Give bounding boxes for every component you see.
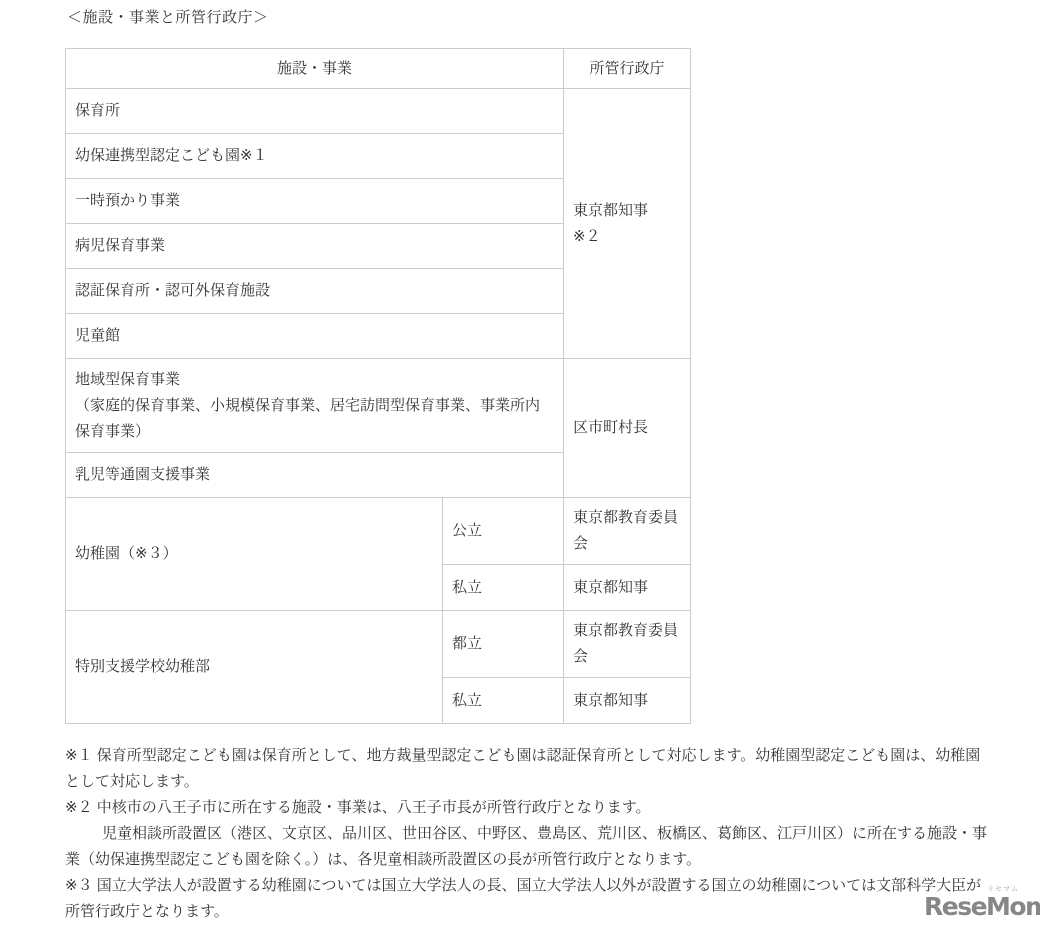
facility-cell-nyuji-tsuen: 乳児等通園支援事業 (66, 453, 564, 498)
resemom-logo: リセマム ReseMom. (924, 886, 1028, 919)
footnote-2-line: ※２ 中核市の八王子市に所在する施設・事業は、八王子市長が所管行政庁となります。 (65, 795, 1005, 821)
footnote-1-line: ※１ 保育所型認定こども園は保育所として、地方裁量型認定こども園は認証保育所とし… (65, 743, 1005, 769)
facility-agency-table: 施設・事業 所管行政庁 保育所 東京都知事 ※２ 幼保連携型認定こども園※１ 一… (65, 48, 691, 724)
footnote-3-line: 所管行政庁となります。 (65, 899, 1005, 925)
facility-cell-chiikigata-hoiku: 地域型保育事業 （家庭的保育事業、小規模保育事業、居宅訪問型保育事業、事業所内保… (66, 359, 564, 453)
page-title: ＜施設・事業と所管行政庁＞ (67, 6, 269, 27)
column-header-facility: 施設・事業 (66, 49, 564, 89)
type-cell-private: 私立 (443, 678, 564, 724)
agency-cell-tokyo-governor: 東京都知事 (564, 565, 691, 611)
facility-cell-tokubetsu-shien: 特別支援学校幼稚部 (66, 611, 443, 724)
footnote-2-line: 業（幼保連携型認定こども園を除く。）は、各児童相談所設置区の長が所管行政庁となり… (65, 847, 1005, 873)
facility-cell-ichiji-azukari: 一時預かり事業 (66, 179, 564, 224)
facility-cell-yochien: 幼稚園（※３） (66, 498, 443, 611)
table-row: 特別支援学校幼稚部 都立 東京都教育委員会 (66, 611, 691, 678)
resemom-logo-text: ReseMom. (924, 894, 1028, 919)
type-cell-metropolitan: 都立 (443, 611, 564, 678)
table-header-row: 施設・事業 所管行政庁 (66, 49, 691, 89)
table-row: 地域型保育事業 （家庭的保育事業、小規模保育事業、居宅訪問型保育事業、事業所内保… (66, 359, 691, 453)
agency-cell-tokyo-governor: 東京都知事 ※２ (564, 89, 691, 359)
agency-cell-tokyo-board-of-education: 東京都教育委員会 (564, 611, 691, 678)
type-cell-public: 公立 (443, 498, 564, 565)
facility-cell-byoji-hoiku: 病児保育事業 (66, 224, 564, 269)
agency-note-ref: ※２ (573, 224, 681, 250)
article-page: ＜施設・事業と所管行政庁＞ 施設・事業 所管行政庁 保育所 東京都知事 ※２ 幼… (0, 0, 1040, 934)
agency-cell-municipal-mayor: 区市町村長 (564, 359, 691, 498)
agency-cell-tokyo-board-of-education: 東京都教育委員会 (564, 498, 691, 565)
footnote-3-line: ※３ 国立大学法人が設置する幼稚園については国立大学法人の長、国立大学法人以外が… (65, 873, 1005, 899)
type-cell-private: 私立 (443, 565, 564, 611)
agency-name: 東京都知事 (573, 198, 681, 224)
table-row: 幼稚園（※３） 公立 東京都教育委員会 (66, 498, 691, 565)
column-header-agency: 所管行政庁 (564, 49, 691, 89)
table-row: 保育所 東京都知事 ※２ (66, 89, 691, 134)
footnotes: ※１ 保育所型認定こども園は保育所として、地方裁量型認定こども園は認証保育所とし… (65, 743, 1005, 925)
facility-line: 地域型保育事業 (75, 367, 554, 393)
footnote-1-line: として対応します。 (65, 769, 1005, 795)
facility-line: （家庭的保育事業、小規模保育事業、居宅訪問型保育事業、事業所内保育事業） (75, 393, 554, 445)
facility-cell-kodomoen: 幼保連携型認定こども園※１ (66, 134, 564, 179)
agency-cell-tokyo-governor: 東京都知事 (564, 678, 691, 724)
facility-cell-ninsho-hoikusho: 認証保育所・認可外保育施設 (66, 269, 564, 314)
footnote-2-line: 児童相談所設置区（港区、文京区、品川区、世田谷区、中野区、豊島区、荒川区、板橋区… (65, 821, 1005, 847)
facility-cell-jidokan: 児童館 (66, 314, 564, 359)
facility-cell-hoikusho: 保育所 (66, 89, 564, 134)
